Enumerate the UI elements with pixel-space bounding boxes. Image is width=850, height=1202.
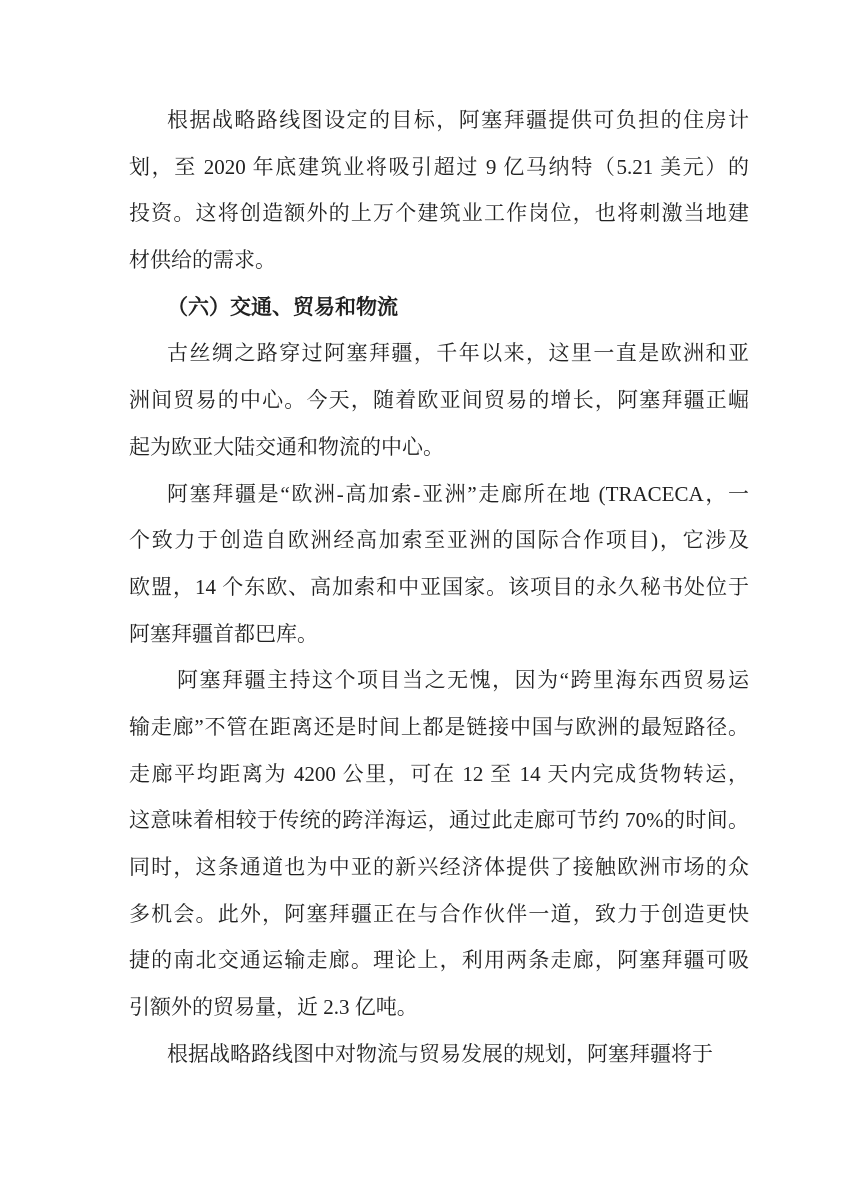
text-line: 起为欧亚大陆交通和物流的中心。 (129, 424, 749, 471)
text-line: 洲间贸易的中心。今天，随着欧亚间贸易的增长，阿塞拜疆正崛 (129, 377, 749, 424)
text-line: 阿塞拜疆首都巴库。 (129, 611, 749, 658)
text-line: 根据战略路线图中对物流与贸易发展的规划，阿塞拜疆将于 (129, 1031, 749, 1078)
text-line: 走廊平均距离为 4200 公里，可在 12 至 14 天内完成货物转运， (129, 751, 749, 798)
text-line: 根据战略路线图设定的目标，阿塞拜疆提供可负担的住房计 (129, 97, 749, 144)
section-heading: （六）交通、贸易和物流 (129, 284, 749, 331)
text-line: 划，至 2020 年底建筑业将吸引超过 9 亿马纳特（5.21 美元）的 (129, 144, 749, 191)
text-body: 根据战略路线图设定的目标，阿塞拜疆提供可负担的住房计 划，至 2020 年底建筑… (129, 97, 749, 1077)
text-line: 阿塞拜疆是“欧洲-高加索-亚洲”走廊所在地 (TRACECA，一 (129, 471, 749, 518)
text-line: 古丝绸之路穿过阿塞拜疆，千年以来，这里一直是欧洲和亚 (129, 330, 749, 377)
document-page: 根据战略路线图设定的目标，阿塞拜疆提供可负担的住房计 划，至 2020 年底建筑… (0, 0, 850, 1202)
paragraph-silk-road: 古丝绸之路穿过阿塞拜疆，千年以来，这里一直是欧洲和亚 洲间贸易的中心。今天，随着… (129, 330, 749, 470)
text-line: 多机会。此外，阿塞拜疆正在与合作伙伴一道，致力于创造更快 (129, 891, 749, 938)
text-line: 这意味着相较于传统的跨洋海运，通过此走廊可节约 70%的时间。 (129, 797, 749, 844)
paragraph-housing: 根据战略路线图设定的目标，阿塞拜疆提供可负担的住房计 划，至 2020 年底建筑… (129, 97, 749, 284)
text-line: 欧盟，14 个东欧、高加索和中亚国家。该项目的永久秘书处位于 (129, 564, 749, 611)
text-line: 输走廊”不管在距离还是时间上都是链接中国与欧洲的最短路径。 (129, 704, 749, 751)
text-line: 同时，这条通道也为中亚的新兴经济体提供了接触欧洲市场的众 (129, 844, 749, 891)
text-line: 阿塞拜疆主持这个项目当之无愧，因为“跨里海东西贸易运 (129, 657, 749, 704)
text-line: 投资。这将创造额外的上万个建筑业工作岗位，也将刺激当地建 (129, 190, 749, 237)
paragraph-corridor: 阿塞拜疆主持这个项目当之无愧，因为“跨里海东西贸易运 输走廊”不管在距离还是时间… (129, 657, 749, 1031)
text-line: 材供给的需求。 (129, 237, 749, 284)
paragraph-traceca: 阿塞拜疆是“欧洲-高加索-亚洲”走廊所在地 (TRACECA，一 个致力于创造自… (129, 471, 749, 658)
text-line: 个致力于创造自欧洲经高加索至亚洲的国际合作项目)，它涉及 (129, 517, 749, 564)
section-six: （六）交通、贸易和物流 (129, 284, 749, 331)
text-line: 捷的南北交通运输走廊。理论上，利用两条走廊，阿塞拜疆可吸 (129, 937, 749, 984)
text-line: 引额外的贸易量，近 2.3 亿吨。 (129, 984, 749, 1031)
paragraph-logistics-plan: 根据战略路线图中对物流与贸易发展的规划，阿塞拜疆将于 (129, 1031, 749, 1078)
